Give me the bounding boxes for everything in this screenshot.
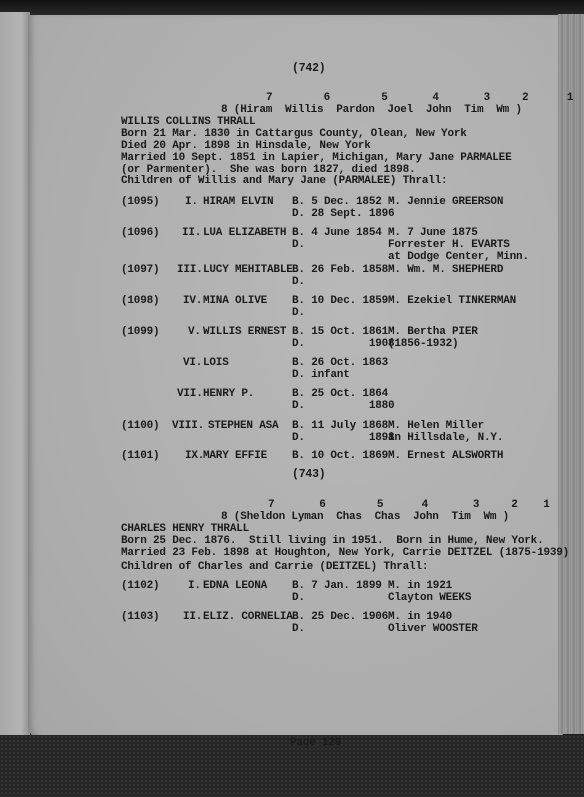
child-born: B. 26 Feb. 1858 xyxy=(292,264,388,277)
child-numeral: II. xyxy=(182,227,201,240)
child-name: MARY EFFIE xyxy=(203,450,267,463)
child-marriage: (1856-1932) xyxy=(388,338,458,351)
child-born: B. 10 Dec. 1859 xyxy=(292,295,388,308)
page-header-743: (743) xyxy=(292,468,326,481)
child-id: (1101) xyxy=(121,450,159,463)
child-name: HIRAM ELVIN xyxy=(203,196,273,209)
child-numeral: VI. xyxy=(183,357,202,370)
page-stack-edge xyxy=(558,14,584,734)
child-born: B. 7 Jan. 1899 xyxy=(292,580,382,593)
child-name: EDNA LEONA xyxy=(203,580,267,593)
child-marriage: M. Wm. M. SHEPHERD xyxy=(388,264,503,277)
children-heading: Children of Willis and Mary Jane (PARMAL… xyxy=(121,175,447,188)
child-id: (1099) xyxy=(121,326,159,339)
child-name: STEPHEN ASA xyxy=(208,420,278,433)
child-numeral: III. xyxy=(177,264,203,277)
child-died: D. xyxy=(292,623,305,636)
lineage-line: 8 (Sheldon Lyman Chas Chas John Tim Wm ) xyxy=(221,511,509,524)
child-died: D. 1880 xyxy=(292,400,394,413)
child-id: (1097) xyxy=(121,264,159,277)
child-marriage: in Hillsdale, N.Y. xyxy=(388,432,503,445)
child-died: D. xyxy=(292,239,305,252)
child-numeral: II. xyxy=(183,611,202,624)
child-name: HENRY P. xyxy=(203,388,254,401)
scan-top-edge xyxy=(0,0,584,16)
child-name: LOIS xyxy=(203,357,229,370)
child-marriage: M. Ezekiel TINKERMAN xyxy=(388,295,516,308)
child-died: D. xyxy=(292,592,305,605)
lineage-line: 8 (Hiram Willis Pardon Joel John Tim Wm … xyxy=(221,104,522,117)
child-name: MINA OLIVE xyxy=(203,295,267,308)
child-died: D. xyxy=(292,307,305,320)
child-died: D. infant xyxy=(292,369,350,382)
children-heading: Children of Charles and Carrie (DEITZEL)… xyxy=(121,561,428,574)
child-died: D. 1898 xyxy=(292,432,394,445)
child-marriage: Oliver WOOSTER xyxy=(388,623,478,636)
child-marriage: M. Jennie GREERSON xyxy=(388,196,503,209)
child-numeral: IV. xyxy=(183,295,202,308)
child-id: (1096) xyxy=(121,227,159,240)
child-id: (1100) xyxy=(121,420,159,433)
child-numeral: V. xyxy=(188,326,201,339)
child-born: B. 4 June 1854 xyxy=(292,227,382,240)
child-numeral: VIII. xyxy=(172,420,204,433)
child-died: D. 28 Sept. 1896 xyxy=(292,208,394,221)
child-name: WILLIS ERNEST xyxy=(203,326,286,339)
child-marriage: at Dodge Center, Minn. xyxy=(388,251,529,264)
child-marriage: M. Ernest ALSWORTH xyxy=(388,450,503,463)
bio-line: Married 23 Feb. 1898 at Houghton, New Yo… xyxy=(121,547,569,560)
left-page-edge xyxy=(0,12,30,747)
child-born: B. 10 Oct. 1869 xyxy=(292,450,388,463)
child-died: D. 1908 xyxy=(292,338,394,351)
child-name: ELIZ. CORNELIA xyxy=(203,611,293,624)
child-numeral: I. xyxy=(185,196,198,209)
child-id: (1098) xyxy=(121,295,159,308)
child-id: (1095) xyxy=(121,196,159,209)
child-died: D. xyxy=(292,276,305,289)
page-header-742: (742) xyxy=(292,62,326,75)
child-numeral: IX. xyxy=(185,450,204,463)
child-marriage: Clayton WEEKS xyxy=(388,592,471,605)
child-name: LUCY MEHITABLE xyxy=(203,264,293,277)
child-id: (1103) xyxy=(121,611,159,624)
page-footer: Page 129 xyxy=(290,737,341,750)
child-numeral: I. xyxy=(188,580,201,593)
child-born: B. 25 Dec. 1906 xyxy=(292,611,388,624)
child-id: (1102) xyxy=(121,580,159,593)
child-name: LUA ELIZABETH xyxy=(203,227,286,240)
child-numeral: VII. xyxy=(177,388,203,401)
